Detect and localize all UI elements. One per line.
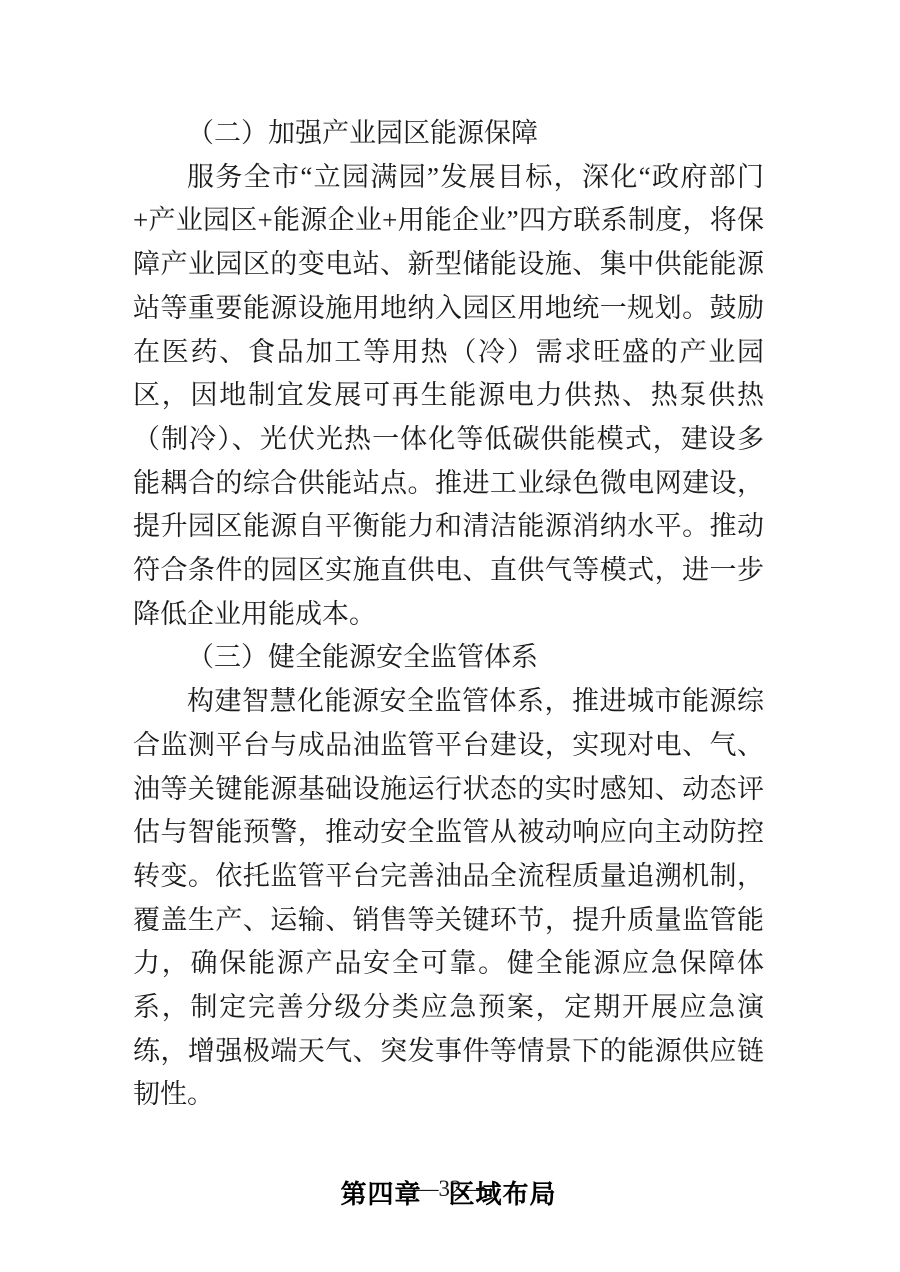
section-heading-industrial-park-energy: （二）加强产业园区能源保障 [133, 112, 764, 156]
paragraph-industrial-park-energy: 服务全市“立园满园”发展目标，深化“政府部门+产业园区+能源企业+用能企业”四方… [133, 156, 764, 637]
paragraph-energy-safety-regulation: 构建智慧化能源安全监管体系，推进城市能源综合监测平台与成品油监管平台建设，实现对… [133, 680, 764, 1117]
document-page: （二）加强产业园区能源保障 服务全市“立园满园”发展目标，深化“政府部门+产业园… [0, 0, 900, 1272]
document-body: （二）加强产业园区能源保障 服务全市“立园满园”发展目标，深化“政府部门+产业园… [133, 112, 764, 1217]
page-number: —32— [0, 1176, 900, 1202]
section-heading-energy-safety-regulation: （三）健全能源安全监管体系 [133, 636, 764, 680]
